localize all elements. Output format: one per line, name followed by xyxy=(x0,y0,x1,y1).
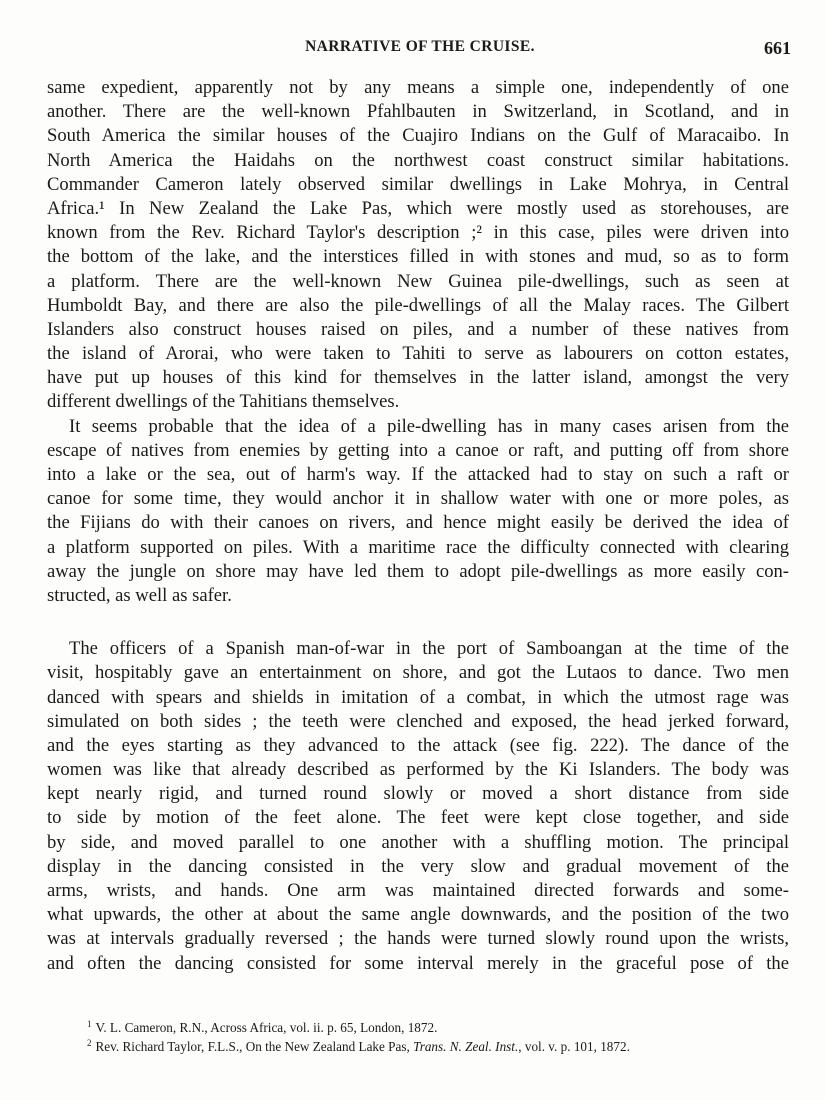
text-line: and often the dancing consisted for some… xyxy=(47,952,789,976)
text-line: away the jungle on shore may have led th… xyxy=(47,560,789,584)
text-line: women was like that already described as… xyxy=(47,758,789,782)
text-line: escape of natives from enemies by gettin… xyxy=(47,439,789,463)
body-text: same expedient, apparently not by any me… xyxy=(47,76,789,976)
text-line: The officers of a Spanish man-of-war in … xyxy=(47,637,789,661)
text-line: a platform supported on piles. With a ma… xyxy=(47,536,789,560)
text-line: South America the similar houses of the … xyxy=(47,124,789,148)
text-line: same expedient, apparently not by any me… xyxy=(47,76,789,100)
text-line: North America the Haidahs on the northwe… xyxy=(47,149,789,173)
text-line: structed, as well as safer. xyxy=(47,584,789,608)
text-line: the island of Arorai, who were taken to … xyxy=(47,342,789,366)
text-line: Islanders also construct houses raised o… xyxy=(47,318,789,342)
text-line: and the eyes starting as they advanced t… xyxy=(47,734,789,758)
text-line: visit, hospitably gave an entertainment … xyxy=(47,661,789,685)
running-title: NARRATIVE OF THE CRUISE. xyxy=(280,38,560,56)
book-page: NARRATIVE OF THE CRUISE. 661 same expedi… xyxy=(0,0,825,1100)
footnote-text: , vol. v. p. 101, 1872. xyxy=(518,1039,630,1054)
section-break xyxy=(47,608,789,637)
paragraph-samboangan-dance: The officers of a Spanish man-of-war in … xyxy=(47,637,789,976)
text-line: the Fijians do with their canoes on rive… xyxy=(47,511,789,535)
footnote-text: V. L. Cameron, R.N., Across Africa, vol.… xyxy=(96,1020,438,1035)
footnote-journal-title: Trans. N. Zeal. Inst. xyxy=(413,1039,518,1054)
paragraph-pile-dwellings: same expedient, apparently not by any me… xyxy=(47,76,789,415)
text-line: Commander Cameron lately observed simila… xyxy=(47,173,789,197)
text-line: to side by motion of the feet alone. The… xyxy=(47,806,789,830)
text-line: into a lake or the sea, out of harm's wa… xyxy=(47,463,789,487)
text-line: the bottom of the lake, and the intersti… xyxy=(47,245,789,269)
text-line: canoe for some time, they would anchor i… xyxy=(47,487,789,511)
paragraph-origin-of-pile-dwellings: It seems probable that the idea of a pil… xyxy=(47,415,789,609)
text-line: have put up houses of this kind for them… xyxy=(47,366,789,390)
footnote-marker: 2 xyxy=(87,1038,92,1048)
text-line: It seems probable that the idea of a pil… xyxy=(47,415,789,439)
footnote-marker: 1 xyxy=(87,1019,92,1029)
running-header: NARRATIVE OF THE CRUISE. 661 xyxy=(0,38,825,62)
text-line: what upwards, the other at about the sam… xyxy=(47,903,789,927)
text-line: Humboldt Bay, and there are also the pil… xyxy=(47,294,789,318)
text-line: arms, wrists, and hands. One arm was mai… xyxy=(47,879,789,903)
text-line: danced with spears and shields in imitat… xyxy=(47,686,789,710)
text-line: display in the dancing consisted in the … xyxy=(47,855,789,879)
footnote-1: 1V. L. Cameron, R.N., Across Africa, vol… xyxy=(87,1018,737,1037)
text-line: by side, and moved parallel to one anoth… xyxy=(47,831,789,855)
footnote-text: Rev. Richard Taylor, F.L.S., On the New … xyxy=(96,1039,414,1054)
text-line: kept nearly rigid, and turned round slow… xyxy=(47,782,789,806)
text-line: a platform. There are the well-known New… xyxy=(47,270,789,294)
text-line: different dwellings of the Tahitians the… xyxy=(47,390,789,414)
text-line: simulated on both sides ; the teeth were… xyxy=(47,710,789,734)
page-number: 661 xyxy=(764,38,791,59)
footnotes: 1V. L. Cameron, R.N., Across Africa, vol… xyxy=(87,1018,737,1056)
footnote-2: 2Rev. Richard Taylor, F.L.S., On the New… xyxy=(87,1037,737,1056)
text-line: Africa.¹ In New Zealand the Lake Pas, wh… xyxy=(47,197,789,221)
text-line: another. There are the well-known Pfahlb… xyxy=(47,100,789,124)
text-line: was at intervals gradually reversed ; th… xyxy=(47,927,789,951)
text-line: known from the Rev. Richard Taylor's des… xyxy=(47,221,789,245)
